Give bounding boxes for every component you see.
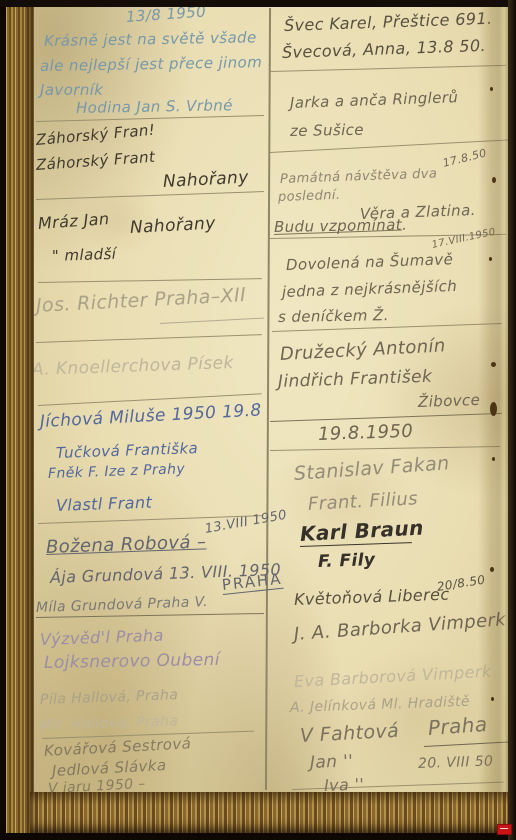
entry-line: ze Sušice <box>290 121 364 140</box>
entry-line: poslední. <box>278 188 341 205</box>
entry-line: Lojksnerovo Oubení <box>44 650 220 673</box>
page-gutter-shadow <box>478 7 508 793</box>
entry-line: F. Fily <box>318 550 376 572</box>
entry-line: Krásně jest na světě všade <box>44 28 257 50</box>
entry-line: Jan '' <box>310 751 354 773</box>
photo-border <box>0 833 516 840</box>
book-page-edges-left <box>0 0 34 840</box>
red-corner-mark <box>497 824 512 835</box>
entry-line: Javorník <box>40 81 103 99</box>
guestbook-page-photo: 13/8 1950 Krásně jest na světě všade ale… <box>0 0 516 840</box>
entry-line: ale nejlepší jest přece jinom <box>40 53 262 75</box>
entry-line: Vlastl Frant <box>56 493 153 515</box>
photo-border <box>508 0 516 840</box>
entry-line: Žibovce <box>418 391 481 411</box>
entry-line: Budu vzpomínat. <box>274 216 407 236</box>
entry-date: 19.8.1950 <box>318 421 414 445</box>
entry-line: Hodina Jan S. Vrbné <box>76 96 233 117</box>
entry-line: " mladší <box>52 245 117 265</box>
photo-border <box>0 0 516 7</box>
book-page-edges-bottom <box>30 792 516 834</box>
entry-line: s deníčkem Ž. <box>278 306 389 326</box>
